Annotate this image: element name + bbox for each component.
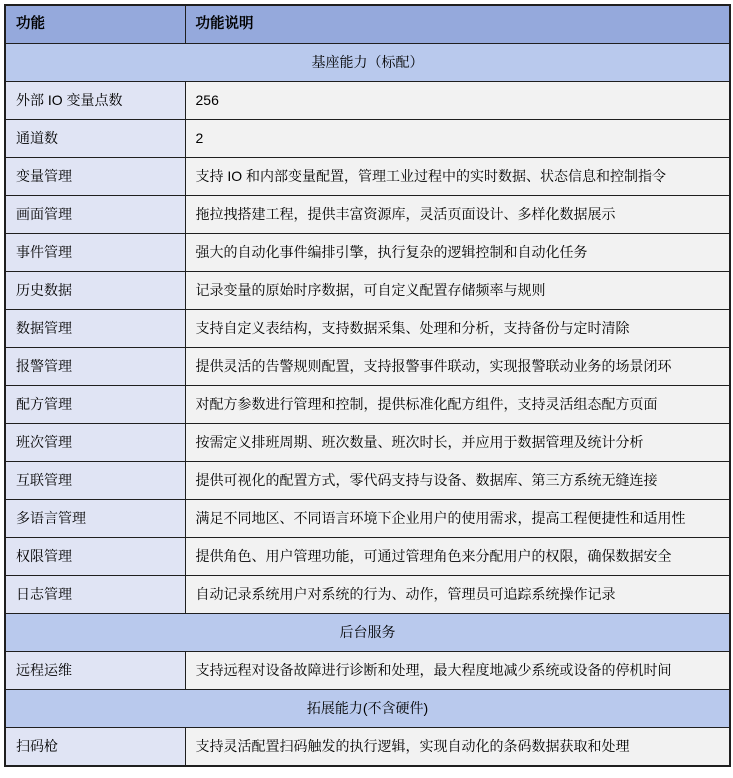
feature-description: 2 [185,120,730,158]
feature-name: 多语言管理 [5,500,185,538]
table-row: 数据管理支持自定义表结构，支持数据采集、处理和分析，支持备份与定时清除 [5,310,730,348]
feature-description: 拖拉拽搭建工程，提供丰富资源库，灵活页面设计、多样化数据展示 [185,196,730,234]
feature-name: 报警管理 [5,348,185,386]
table-row: 事件管理强大的自动化事件编排引擎，执行复杂的逻辑控制和自动化任务 [5,234,730,272]
feature-name: 数据管理 [5,310,185,348]
feature-name: 事件管理 [5,234,185,272]
feature-name: 日志管理 [5,576,185,614]
feature-description: 256 [185,82,730,120]
table-body: 基座能力（标配）外部 IO 变量点数256通道数2变量管理支持 IO 和内部变量… [5,44,730,767]
section-row: 后台服务 [5,614,730,652]
section-title: 基座能力（标配） [5,44,730,82]
feature-name: 通道数 [5,120,185,158]
table-row: 扫码枪支持灵活配置扫码触发的执行逻辑，实现自动化的条码数据获取和处理 [5,728,730,767]
column-header-feature: 功能 [5,5,185,44]
section-row: 拓展能力(不含硬件) [5,690,730,728]
table-row: 报警管理提供灵活的告警规则配置，支持报警事件联动，实现报警联动业务的场景闭环 [5,348,730,386]
feature-description: 记录变量的原始时序数据，可自定义配置存储频率与规则 [185,272,730,310]
feature-name: 变量管理 [5,158,185,196]
table-row: 班次管理按需定义排班周期、班次数量、班次时长，并应用于数据管理及统计分析 [5,424,730,462]
table-row: 变量管理支持 IO 和内部变量配置，管理工业过程中的实时数据、状态信息和控制指令 [5,158,730,196]
section-row: 基座能力（标配） [5,44,730,82]
feature-name: 扫码枪 [5,728,185,767]
table-row: 外部 IO 变量点数256 [5,82,730,120]
feature-name: 外部 IO 变量点数 [5,82,185,120]
feature-description: 支持灵活配置扫码触发的执行逻辑，实现自动化的条码数据获取和处理 [185,728,730,767]
section-title: 后台服务 [5,614,730,652]
feature-name: 配方管理 [5,386,185,424]
table-row: 配方管理对配方参数进行管理和控制，提供标准化配方组件，支持灵活组态配方页面 [5,386,730,424]
feature-name: 远程运维 [5,652,185,690]
table-row: 互联管理提供可视化的配置方式，零代码支持与设备、数据库、第三方系统无缝连接 [5,462,730,500]
feature-description: 提供灵活的告警规则配置，支持报警事件联动，实现报警联动业务的场景闭环 [185,348,730,386]
table-row: 权限管理提供角色、用户管理功能，可通过管理角色来分配用户的权限，确保数据安全 [5,538,730,576]
feature-name: 互联管理 [5,462,185,500]
section-title: 拓展能力(不含硬件) [5,690,730,728]
feature-name: 画面管理 [5,196,185,234]
feature-name: 班次管理 [5,424,185,462]
header-row: 功能 功能说明 [5,5,730,44]
table-row: 多语言管理满足不同地区、不同语言环境下企业用户的使用需求，提高工程便捷性和适用性 [5,500,730,538]
feature-name: 历史数据 [5,272,185,310]
feature-description: 对配方参数进行管理和控制，提供标准化配方组件，支持灵活组态配方页面 [185,386,730,424]
table-row: 日志管理自动记录系统用户对系统的行为、动作，管理员可追踪系统操作记录 [5,576,730,614]
table-row: 通道数2 [5,120,730,158]
feature-description: 强大的自动化事件编排引擎，执行复杂的逻辑控制和自动化任务 [185,234,730,272]
feature-description: 支持 IO 和内部变量配置，管理工业过程中的实时数据、状态信息和控制指令 [185,158,730,196]
feature-description: 自动记录系统用户对系统的行为、动作，管理员可追踪系统操作记录 [185,576,730,614]
feature-description: 支持远程对设备故障进行诊断和处理，最大程度地减少系统或设备的停机时间 [185,652,730,690]
feature-name: 权限管理 [5,538,185,576]
table-row: 远程运维支持远程对设备故障进行诊断和处理，最大程度地减少系统或设备的停机时间 [5,652,730,690]
table-row: 历史数据记录变量的原始时序数据，可自定义配置存储频率与规则 [5,272,730,310]
feature-description: 满足不同地区、不同语言环境下企业用户的使用需求，提高工程便捷性和适用性 [185,500,730,538]
feature-description: 提供角色、用户管理功能，可通过管理角色来分配用户的权限，确保数据安全 [185,538,730,576]
feature-table: 功能 功能说明 基座能力（标配）外部 IO 变量点数256通道数2变量管理支持 … [4,4,731,767]
feature-description: 支持自定义表结构，支持数据采集、处理和分析，支持备份与定时清除 [185,310,730,348]
column-header-description: 功能说明 [185,5,730,44]
feature-description: 按需定义排班周期、班次数量、班次时长，并应用于数据管理及统计分析 [185,424,730,462]
table-row: 画面管理拖拉拽搭建工程，提供丰富资源库，灵活页面设计、多样化数据展示 [5,196,730,234]
feature-description: 提供可视化的配置方式，零代码支持与设备、数据库、第三方系统无缝连接 [185,462,730,500]
